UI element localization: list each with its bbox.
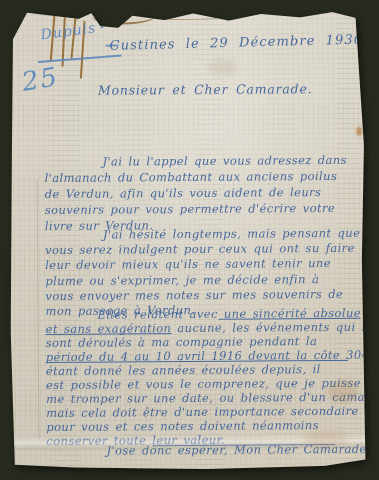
- paragraph-1: J'ai lu l'appel que vous adressez dans l…: [44, 152, 360, 234]
- letter-line: vous envoyer mes notes sur mes souvenirs…: [45, 287, 360, 304]
- torn-edge-stain-arc: [91, 7, 155, 24]
- letter-line: souvenirs pour vous permettre d'écrire v…: [45, 200, 360, 218]
- paper-stain: [208, 60, 238, 76]
- letter-page: Dupuis Fr 25 Custines le 29 Décembre 193…: [7, 7, 367, 471]
- rust-stain: [356, 127, 362, 136]
- margin-number: 25: [20, 62, 61, 98]
- torn-edge-hairline: [149, 9, 239, 21]
- scan-background: Dupuis Fr 25 Custines le 29 Décembre 193…: [0, 0, 379, 480]
- paragraph-3: Elles relatent avec une sincérité absolu…: [45, 306, 361, 448]
- dateline: Custines le 29 Décembre 1930.: [109, 32, 368, 53]
- crossed-out-name: Dupuis: [40, 20, 97, 43]
- margin-crease: [37, 179, 40, 439]
- salutation: Monsieur et Cher Camarade.: [98, 81, 313, 97]
- letter-line: leur devoir mieux qu'ils ne savent tenir…: [45, 256, 360, 273]
- paper-shadow-wrap: Dupuis Fr 25 Custines le 29 Décembre 193…: [0, 0, 379, 480]
- archival-corner-mark: Fr: [99, 16, 116, 32]
- ink-stain: [328, 381, 358, 403]
